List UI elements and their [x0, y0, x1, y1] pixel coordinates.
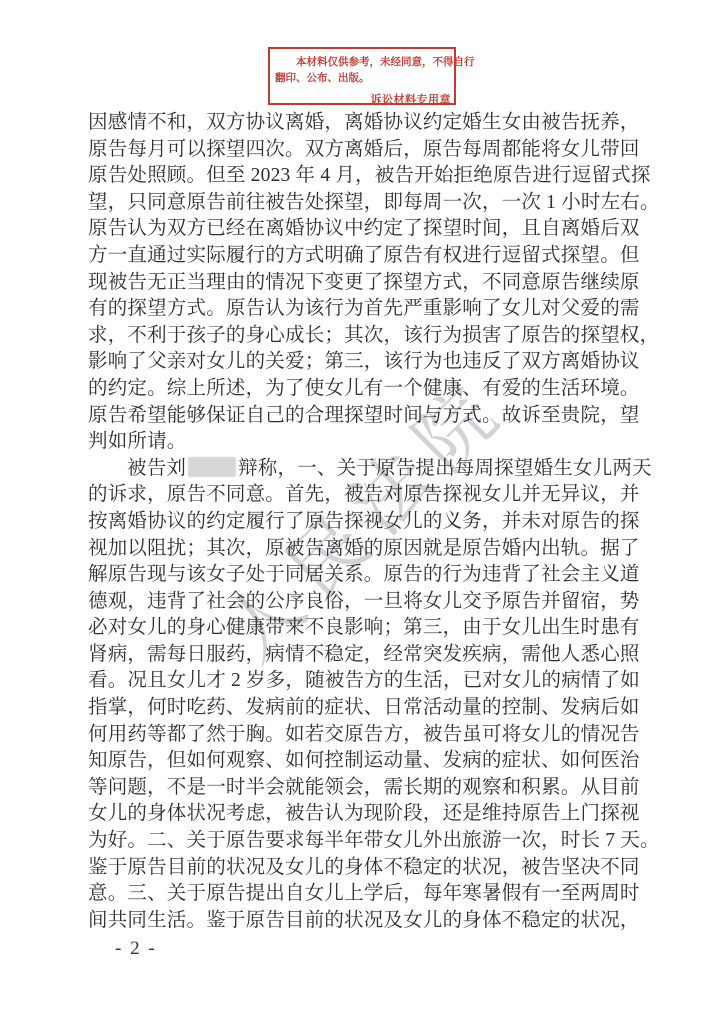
defense-first-line-text: 辩称，一、关于原告提出每周探望婚生女儿两天 [238, 458, 652, 479]
text-line: 求，不利于孩子的身心成长；其次，该行为损害了原告的探望权， [88, 323, 644, 350]
text-line: 女儿的身体状况考虑，被告认为现阶段，还是维持原告上门探视 [88, 801, 644, 828]
stamp-seal-label: 诉讼材料专用章 [371, 91, 452, 107]
stamp-notice-line2: 翻印、公布、出版。 [275, 72, 449, 86]
text-line: 视加以阻扰；其次，原被告离婚的原因就是原告婚内出轨。据了 [88, 536, 644, 563]
confidential-stamp: 本材料仅供参考，未经同意，不得自行 翻印、公布、出版。 诉讼材料专用章 [268, 47, 456, 105]
stamp-notice-line1: 本材料仅供参考，未经同意，不得自行 [275, 56, 449, 70]
redacted-name-box [188, 457, 236, 477]
text-line: 德观，违背了社会的公序良俗，一旦将女儿交予原告并留宿，势 [88, 589, 644, 616]
text-line: 原告处照顾。但至 2023 年 4 月，被告开始拒绝原告进行逗留式探 [88, 163, 644, 190]
text-line: 因感情不和，双方协议离婚，离婚协议约定婚生女由被告抚养， [88, 110, 644, 137]
defendant-defense-paragraph: 被告刘辩称，一、关于原告提出每周探望婚生女儿两天的诉求，原告不同意。首先，被告对… [88, 456, 644, 935]
defendant-name-prefix: 被告刘 [127, 458, 186, 479]
text-line: 影响了父亲对女儿的关爱；第三，该行为也违反了双方离婚协议 [88, 349, 644, 376]
text-line: 方一直通过实际履行的方式明确了原告有权进行逗留式探望。但 [88, 243, 644, 270]
document-page: 人民法院 本材料仅供参考，未经同意，不得自行 翻印、公布、出版。 诉讼材料专用章… [0, 0, 724, 1024]
text-line: 的约定。综上所述，为了使女儿有一个健康、有爱的生活环境。 [88, 376, 644, 403]
text-line: 肾病，需每日服药，病情不稳定，经常突发疾病，需他人悉心照 [88, 642, 644, 669]
text-line: 指掌，何时吃药、发病前的症状、日常活动量的控制、发病后如 [88, 695, 644, 722]
text-line: 间共同生活。鉴于原告目前的状况及女儿的身体不稳定的状况， [88, 908, 644, 935]
text-line: 有的探望方式。原告认为该行为首先严重影响了女儿对父爱的需 [88, 296, 644, 323]
text-line: 必对女儿的身心健康带来不良影响；第三，由于女儿出生时患有 [88, 615, 644, 642]
page-number: - 2 - [115, 938, 157, 960]
text-line: 现被告无正当理由的情况下变更了探望方式，不同意原告继续原 [88, 270, 644, 297]
text-line: 意。三、关于原告提出自女儿上学后，每年寒暑假有一至两周时 [88, 881, 644, 908]
text-line: 原告每月可以探望四次。双方离婚后，原告每周都能将女儿带回 [88, 137, 644, 164]
text-line: 为好。二、关于原告要求每半年带女儿外出旅游一次，时长 7 天。 [88, 828, 644, 855]
text-line: 何用药等都了然于胸。如若交原告方，被告虽可将女儿的情况告 [88, 722, 644, 749]
plaintiff-claim-paragraph: 因感情不和，双方协议离婚，离婚协议约定婚生女由被告抚养，原告每月可以探望四次。双… [88, 110, 644, 456]
text-line: 原告认为双方已经在离婚协议中约定了探望时间，且自离婚后双 [88, 216, 644, 243]
text-line: 的诉求，原告不同意。首先，被告对原告探视女儿并无异议，并 [88, 482, 644, 509]
text-line: 原告希望能够保证自己的合理探望时间与方式。故诉至贵院，望 [88, 403, 644, 430]
text-line: 望，只同意原告前往被告处探望，即每周一次，一次 1 小时左右。 [88, 190, 644, 217]
text-line: 被告刘辩称，一、关于原告提出每周探望婚生女儿两天 [88, 456, 644, 483]
text-line: 判如所请。 [88, 429, 644, 456]
text-line: 解原告现与该女子处于同居关系。原告的行为违背了社会主义道 [88, 562, 644, 589]
text-line: 鉴于原告目前的状况及女儿的身体不稳定的状况，被告坚决不同 [88, 855, 644, 882]
text-line: 知原告，但如何观察、如何控制运动量、发病的症状、如何医治 [88, 748, 644, 775]
judgment-body: 因感情不和，双方协议离婚，离婚协议约定婚生女由被告抚养，原告每月可以探望四次。双… [88, 110, 644, 934]
text-line: 按离婚协议的约定履行了原告探视女儿的义务，并未对原告的探 [88, 509, 644, 536]
text-line: 等问题，不是一时半会就能领会，需长期的观察和积累。从目前 [88, 775, 644, 802]
text-line: 看。况且女儿才 2 岁多，随被告方的生活，已对女儿的病情了如 [88, 668, 644, 695]
